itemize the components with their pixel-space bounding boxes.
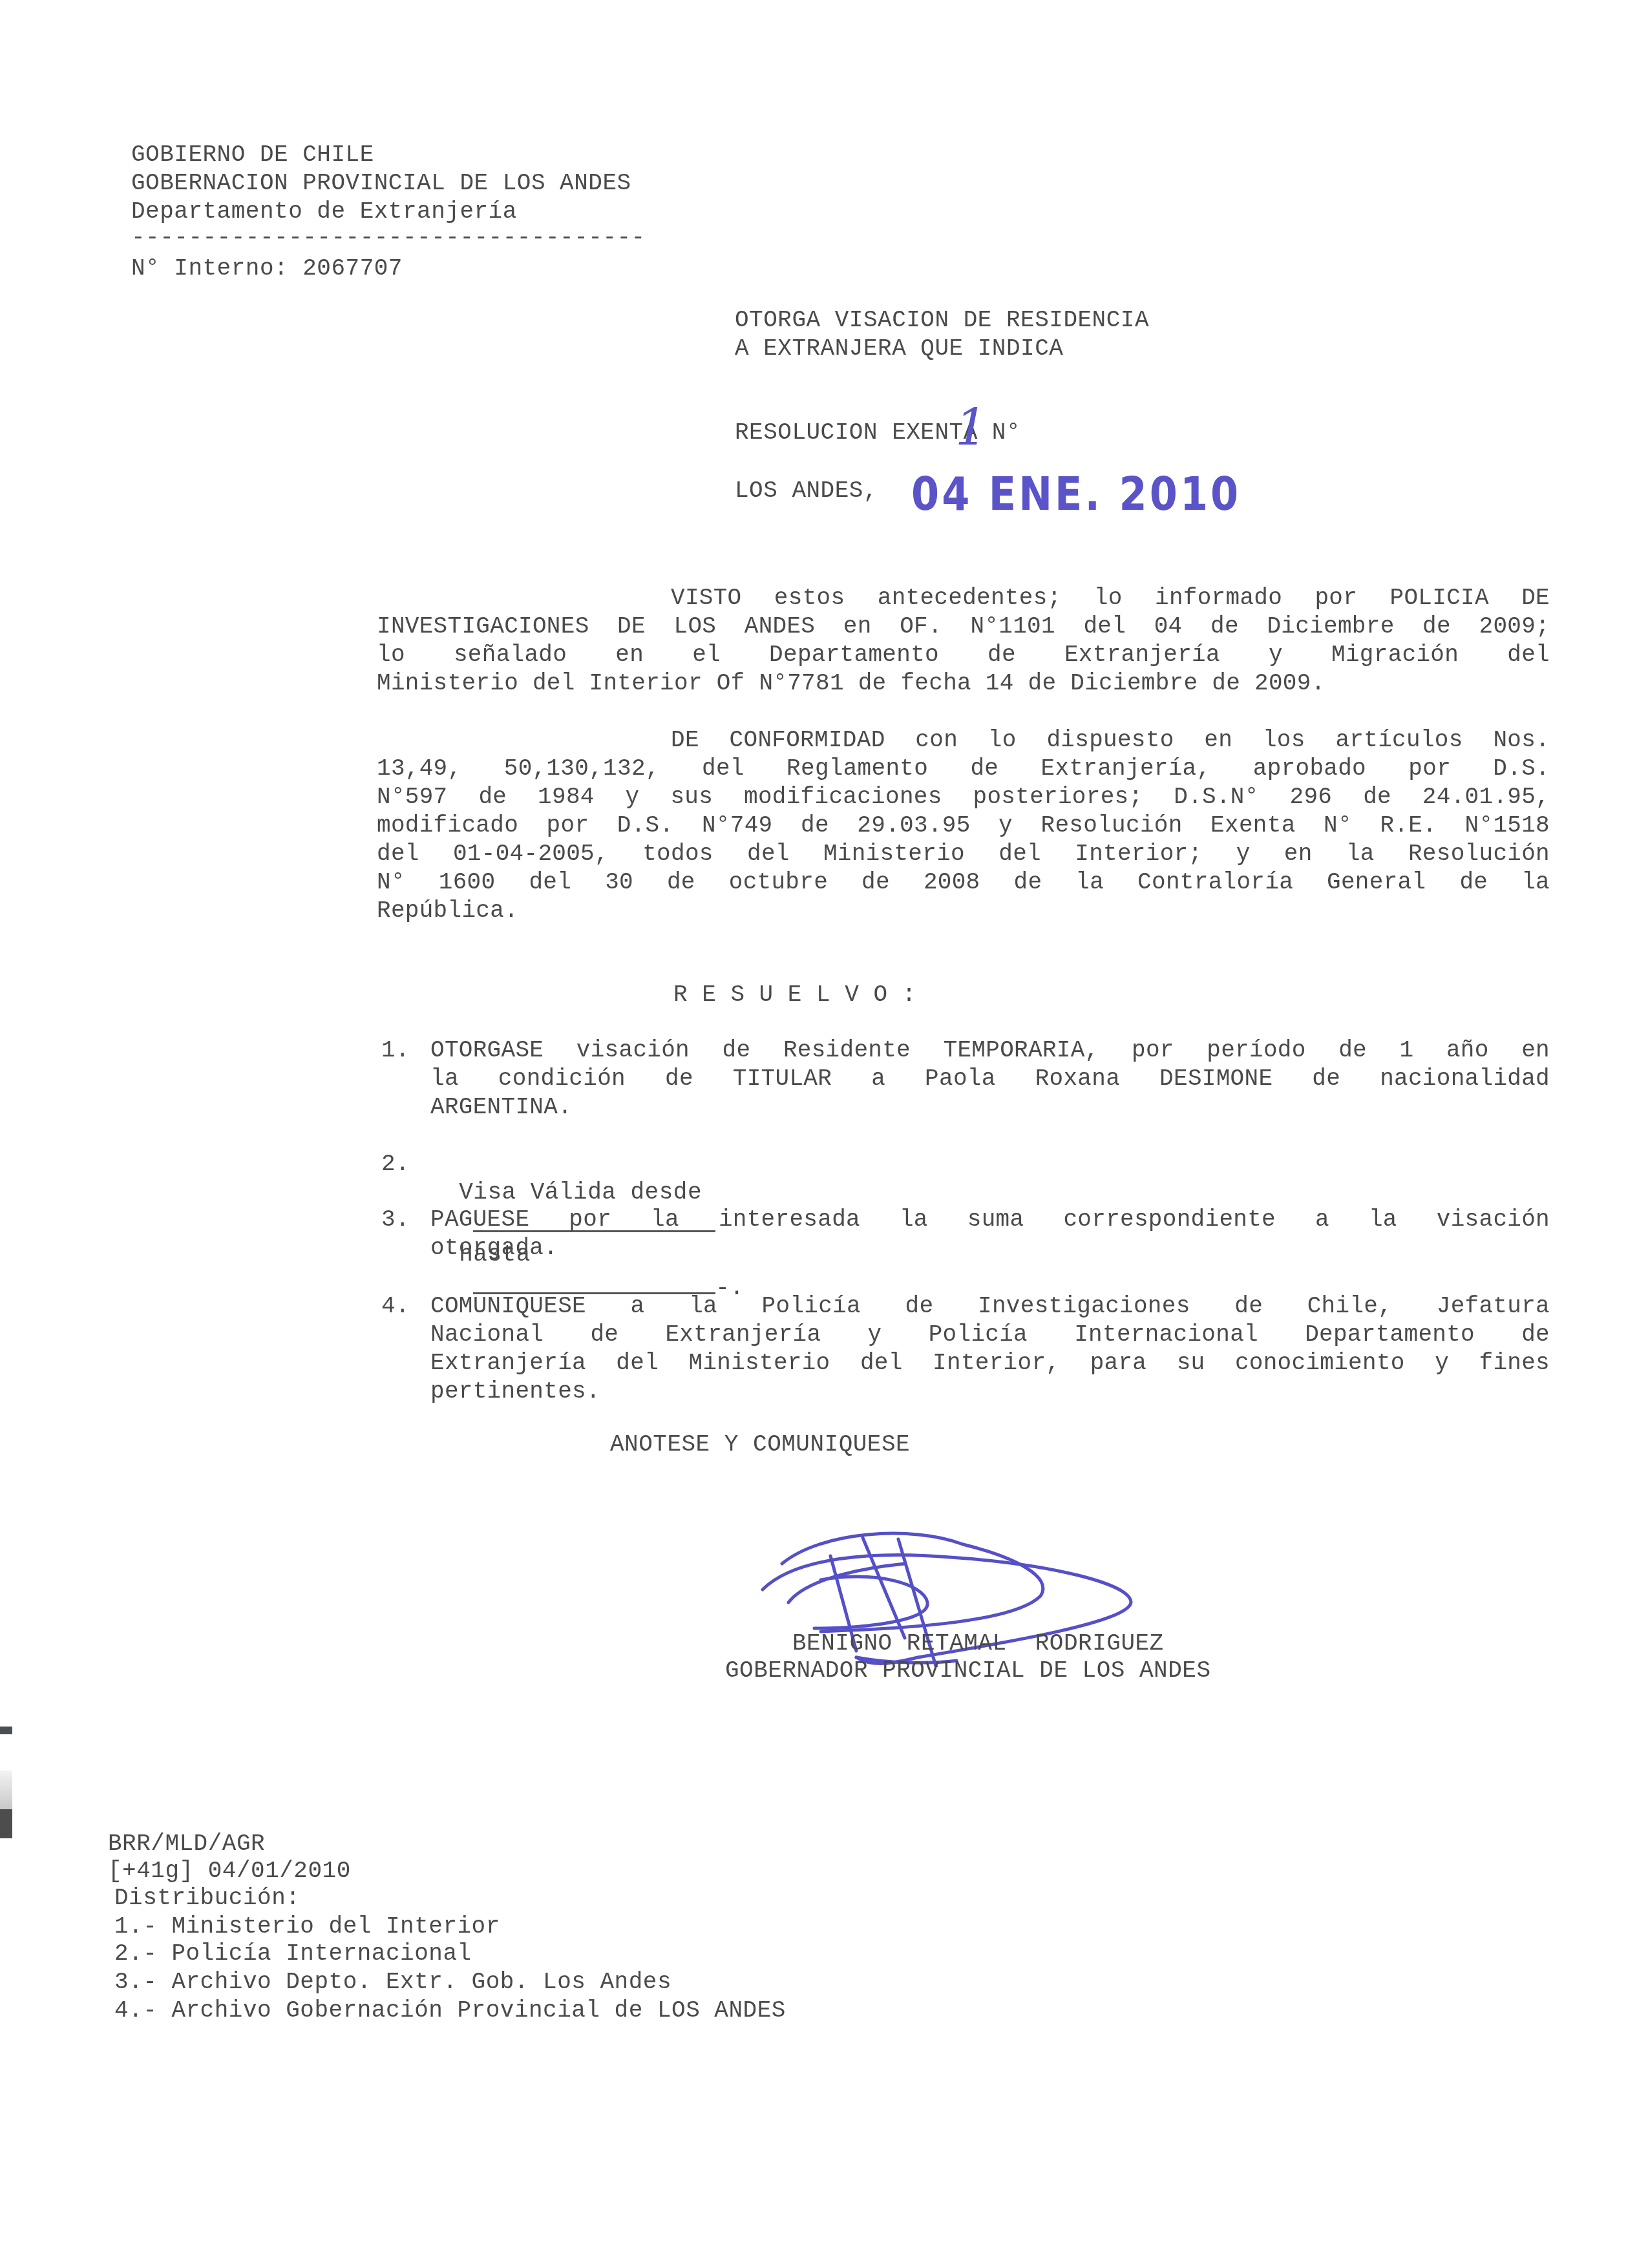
- item-3-number: 3.: [381, 1206, 410, 1234]
- scan-edge-mark: [0, 1770, 12, 1809]
- date-stamp: 04 ENE. 2010: [911, 467, 1241, 521]
- item-3-line: otorgada.: [430, 1234, 1550, 1263]
- resolution-number-handwritten: 1: [955, 399, 988, 457]
- scan-edge-mark: [0, 1727, 12, 1734]
- conformidad-line: N°597 de 1984 y sus modificaciones poste…: [377, 783, 1550, 812]
- resuelvo-heading: R E S U E L V O :: [673, 981, 916, 1009]
- visto-line: INVESTIGACIONES DE LOS ANDES en OF. N°11…: [377, 613, 1550, 641]
- item-4-line: pertinentes.: [430, 1378, 1550, 1406]
- item-1-line: la condición de TITULAR a Paola Roxana D…: [430, 1065, 1550, 1093]
- item-3-line: PAGUESE por la interesada la suma corres…: [430, 1206, 1550, 1234]
- header-government: GOBIERNO DE CHILE: [131, 141, 374, 169]
- closing-statement: ANOTESE Y COMUNIQUESE: [610, 1431, 910, 1459]
- conformidad-line: 13,49, 50,130,132, del Reglamento de Ext…: [377, 755, 1550, 783]
- item-1-text: OTORGASE visación de Residente TEMPORARI…: [430, 1036, 1550, 1122]
- header-department: Departamento de Extranjería: [131, 198, 517, 226]
- visto-line: lo señalado en el Departamento de Extran…: [377, 641, 1550, 669]
- item-4-number: 4.: [381, 1292, 410, 1321]
- item-2-number: 2.: [381, 1150, 410, 1179]
- item-3-text: PAGUESE por la interesada la suma corres…: [430, 1206, 1550, 1263]
- distribution-item: 3.- Archivo Depto. Extr. Gob. Los Andes: [114, 1968, 671, 1997]
- distribution-item: 4.- Archivo Gobernación Provincial de LO…: [114, 1997, 786, 2025]
- scan-edge-mark: [0, 1809, 12, 1838]
- item-1-number: 1.: [381, 1036, 410, 1065]
- visto-line: VISTO estos antecedentes; lo informado p…: [377, 584, 1550, 613]
- signer-title: GOBERNADOR PROVINCIAL DE LOS ANDES: [725, 1657, 1211, 1685]
- visto-paragraph: VISTO estos antecedentes; lo informado p…: [377, 584, 1550, 698]
- item-1-line: ARGENTINA.: [430, 1093, 1550, 1122]
- item-4-text: COMUNIQUESE a la Policía de Investigacio…: [430, 1292, 1550, 1406]
- subject-line-2: A EXTRANJERA QUE INDICA: [735, 335, 1063, 363]
- valid-to-field[interactable]: [473, 1269, 715, 1294]
- conformidad-line: modificado por D.S. N°749 de 29.03.95 y …: [377, 812, 1550, 840]
- conformidad-paragraph: DE CONFORMIDAD con lo dispuesto en los a…: [377, 726, 1550, 925]
- conformidad-line: DE CONFORMIDAD con lo dispuesto en los a…: [377, 726, 1550, 755]
- place-label: LOS ANDES,: [735, 477, 878, 505]
- conformidad-line: N° 1600 del 30 de octubre de 2008 de la …: [377, 868, 1550, 897]
- distribution-item: 1.- Ministerio del Interior: [114, 1913, 500, 1941]
- conformidad-line: del 01-04-2005, todos del Ministerio del…: [377, 840, 1550, 868]
- item-4-line: Extranjería del Ministerio del Interior,…: [430, 1349, 1550, 1378]
- footer-reference-date: [+41g] 04/01/2010: [108, 1857, 351, 1885]
- distribution-label: Distribución:: [114, 1884, 300, 1913]
- header-separator: ------------------------------------: [131, 224, 646, 252]
- internal-number: N° Interno: 2067707: [131, 255, 403, 283]
- footer-initials: BRR/MLD/AGR: [108, 1830, 265, 1858]
- subject-line-1: OTORGA VISACION DE RESIDENCIA: [735, 306, 1149, 335]
- visto-line: Ministerio del Interior Of N°7781 de fec…: [377, 669, 1550, 698]
- conformidad-line: República.: [377, 897, 1550, 925]
- item-4-line: COMUNIQUESE a la Policía de Investigacio…: [430, 1292, 1550, 1321]
- item-4-line: Nacional de Extranjería y Policía Intern…: [430, 1321, 1550, 1349]
- signer-name: BENIGNO RETAMAL RODRIGUEZ: [792, 1630, 1164, 1658]
- valid-from-label: Visa Válida desde: [459, 1179, 702, 1206]
- distribution-item: 2.- Policía Internacional: [114, 1940, 472, 1968]
- item-1-line: OTORGASE visación de Residente TEMPORARI…: [430, 1036, 1550, 1065]
- header-gobernacion: GOBERNACION PROVINCIAL DE LOS ANDES: [131, 169, 631, 198]
